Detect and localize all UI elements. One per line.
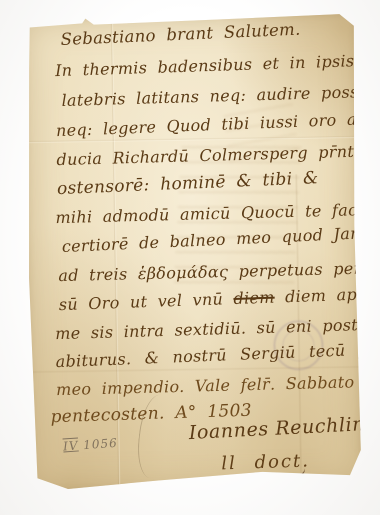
manuscript-line-9: ad treis ἑβδομάδας perpetuas perpessus — [58, 257, 380, 285]
manuscript-line-13: meo impendio. Vale felr̄. Sabbato p̄xi a… — [56, 371, 380, 400]
manuscript-line-6: ostensorē: hominē & tibi & — [57, 168, 319, 199]
manuscript-paper: Sebastiano brant Salutem. In thermis bad… — [24, 13, 361, 490]
manuscript-line-7: mihi admodū amicū Quocū te facio — [55, 200, 373, 227]
signature-title: ll doct. — [221, 450, 310, 474]
manuscript-line-1: Sebastiano brant Salutem. — [60, 20, 301, 49]
archive-shelfmark: IV 1056 — [63, 436, 119, 454]
line-10-before: sū Oro ut vel vnū — [58, 289, 233, 314]
manuscript-line-12: abiturus. & nostrū Sergiū tecū feras — [55, 338, 380, 371]
manuscript-line-3: latebris latitans neq: audire possū — [61, 82, 369, 110]
manuscript-line-4: neq: legere Quod tibi iussi oro ad os — [56, 108, 380, 140]
photo-background: Sebastiano brant Salutem. In thermis bad… — [0, 0, 380, 515]
manuscript-line-2: In thermis badensibus et in ipsis — [55, 51, 355, 80]
manuscript-line-10: sū Oro ut vel vnū diem diem apd̄ — [58, 284, 367, 314]
manuscript-line-5: ducia Richardū Colmersperg pr̄ntiū — [56, 141, 370, 169]
shelfmark-number: 1056 — [83, 436, 118, 452]
line-10-after: diem apd̄ — [274, 284, 368, 306]
manuscript-line-8: certiorē de balneo meo quod Jam — [61, 223, 366, 256]
struck-out-word: diem — [233, 288, 275, 308]
shelfmark-roman-numeral: IV — [63, 438, 79, 453]
manuscript-line-11: me sis intra sextidiū. sū eni postea — [55, 315, 378, 344]
